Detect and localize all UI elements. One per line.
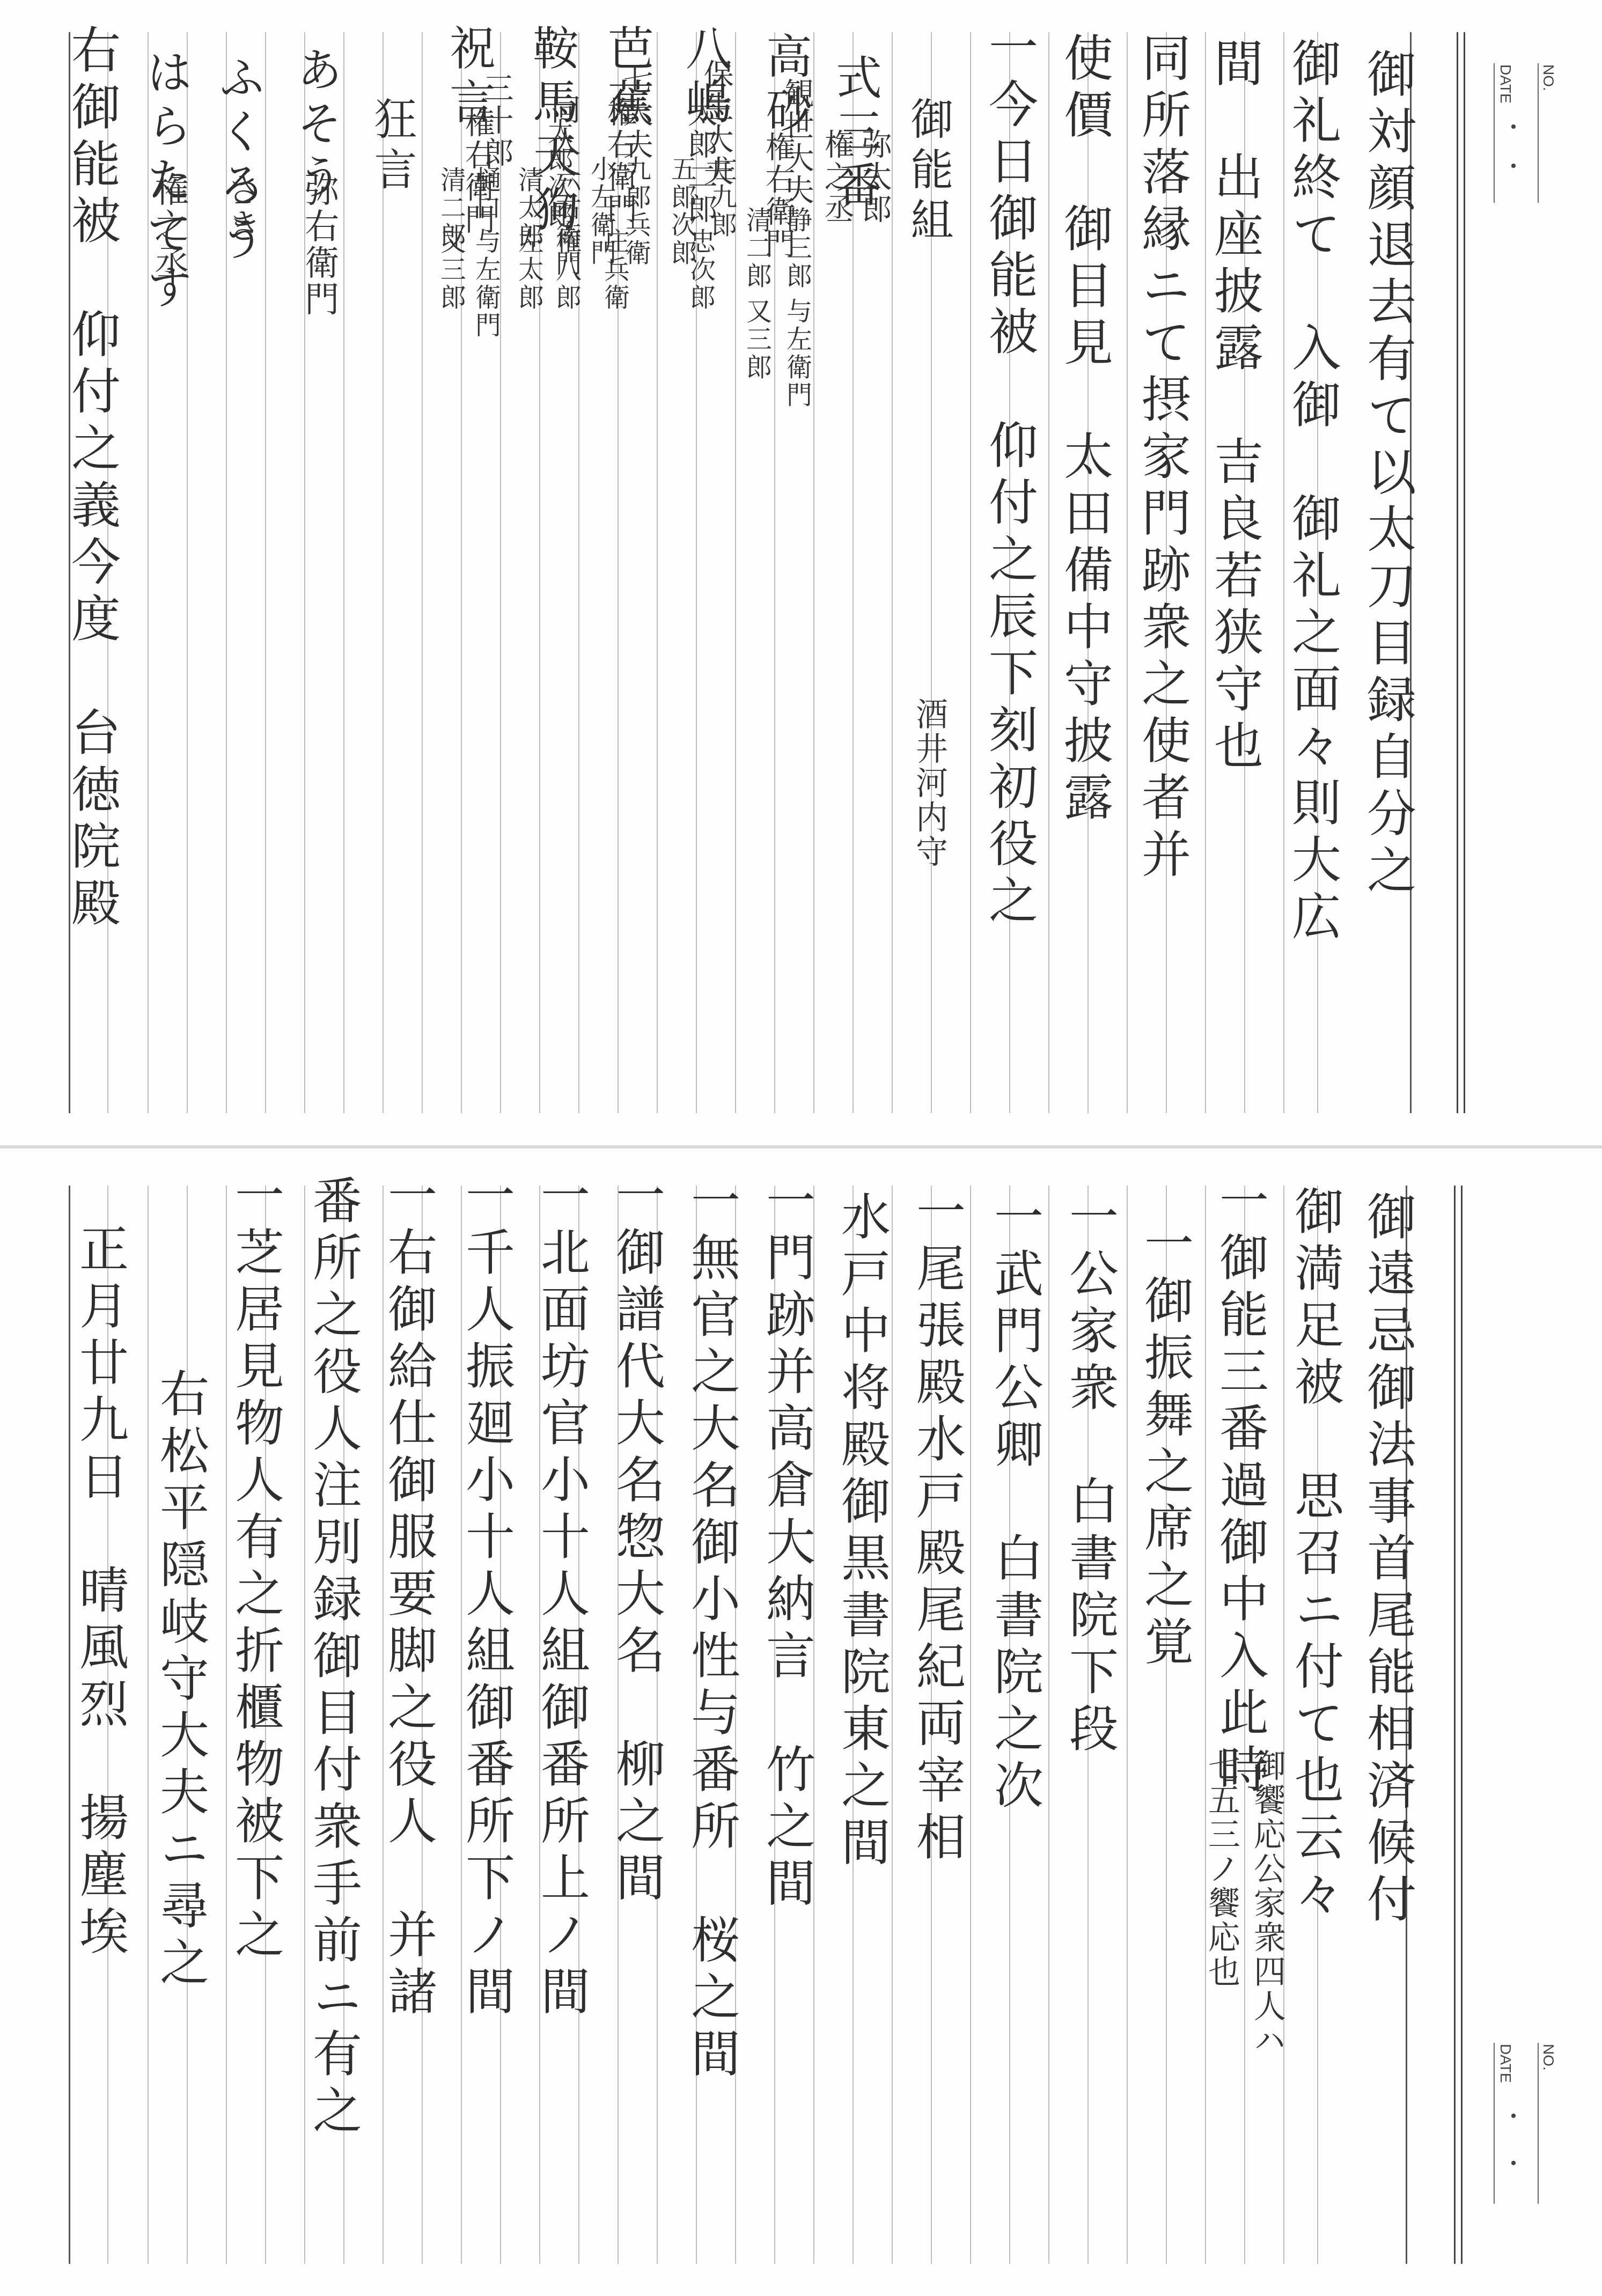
- ruled-line: [265, 32, 266, 1113]
- text-line: 使價 御目見 太田備中守披露: [1060, 32, 1109, 828]
- ruled-line: [343, 32, 344, 1113]
- text-line: 御礼終て 入御 御礼之面々則大広: [1288, 38, 1337, 947]
- noh-program-heading: 御能組: [907, 97, 950, 248]
- text-line: 一公家衆 白書院下段: [1065, 1191, 1114, 1760]
- date-field-line[interactable]: [1494, 63, 1495, 203]
- performer: 又三郎: [743, 298, 770, 381]
- text-line: 御対顔退去有て以太刀目録自分之: [1363, 48, 1412, 901]
- text-line: 水戸中将殿御黒書院東之間: [837, 1191, 886, 1873]
- performer: 清二郎: [743, 207, 770, 290]
- notebook-page-bottom: NO. DATE 御遠忌御法事首尾能相済候付 御満足被 思召ニ付て也云々 一御能…: [0, 1153, 1602, 2296]
- date-label: DATE: [1497, 2044, 1514, 2083]
- no-field-line[interactable]: [1538, 2043, 1539, 2204]
- date-label: DATE: [1497, 64, 1514, 104]
- text-line: 一無官之大名御小性与番所 桜之間: [687, 1175, 736, 2085]
- performer: さき: [223, 172, 259, 245]
- date-line: 正月廿九日 晴風烈 揚塵埃: [75, 1223, 124, 1962]
- text-line: 一門跡并高倉大納言 竹之間: [762, 1175, 811, 1914]
- date-separator-dot: [1511, 164, 1516, 168]
- margin-rule: [69, 1186, 70, 2264]
- date-separator-dot: [1511, 2161, 1516, 2165]
- binding-double-rule: [1454, 1186, 1463, 2264]
- ruled-line: [1127, 1186, 1128, 2264]
- text-line: 右松平隠岐守大夫ニ尋之: [156, 1368, 205, 1993]
- ruled-line: [1283, 1186, 1284, 2264]
- performer: 弥太郎: [858, 129, 890, 225]
- date-separator-dot: [1511, 2114, 1516, 2118]
- performer: 権之丞: [821, 129, 853, 225]
- text-line: 一尾張殿水戸殿尾紀両宰相: [912, 1186, 961, 1868]
- text-line: 番所之役人注別録御目付衆手前ニ有之: [308, 1175, 358, 2142]
- text-line: 一御能三番過御中入此時: [1215, 1175, 1265, 1800]
- performer: 権之丞: [150, 172, 186, 281]
- text-line: 一右御給仕御服要脚之役人 并諸: [384, 1169, 433, 2022]
- performer: 弥右衛門: [300, 172, 336, 318]
- no-label: NO.: [1540, 2044, 1557, 2071]
- notebook-page-top: NO. DATE 御対顔退去有て以太刀目録自分之 御礼終て 入御 御礼之面々則大…: [0, 0, 1602, 1149]
- kyogen-heading: 狂言: [370, 97, 413, 197]
- ruled-line: [892, 1186, 893, 2264]
- no-field-line[interactable]: [1538, 63, 1539, 203]
- annotation-nakairi: 御饗応公家衆四人ハ: [1250, 1749, 1284, 2058]
- ruled-line: [970, 32, 971, 1113]
- annotation-nakairi: 七五三ノ饗応也: [1204, 1749, 1238, 1989]
- ruled-line: [1048, 32, 1049, 1113]
- date-field-line[interactable]: [1494, 2043, 1495, 2204]
- performer: 静三郎: [783, 207, 810, 290]
- performer: 庄九郎: [708, 156, 735, 239]
- performer: 樋口: [472, 166, 499, 222]
- text-line: 右御能被 仰付之義今度 台徳院殿: [67, 24, 116, 934]
- ruled-line: [970, 1186, 971, 2264]
- text-line: 御遠忌御法事首尾能相済候付: [1363, 1191, 1412, 1930]
- ruled-line: [1048, 1186, 1049, 2264]
- text-line: 間 出座披露 吉良若狭守也: [1210, 38, 1259, 777]
- performer: 与左衛門: [783, 298, 810, 409]
- annotation-sakai: 酒井河内守: [912, 697, 946, 869]
- text-line: 御満足被 思召ニ付て也云々: [1290, 1186, 1340, 1925]
- ruled-line: [422, 32, 423, 1113]
- ruled-line: [148, 1186, 149, 2264]
- text-line: 同所落縁ニて摂家門跡衆之使者并: [1137, 32, 1187, 885]
- ruled-line: [657, 32, 658, 1113]
- text-line: 一芝居見物人有之折櫃物被下之: [231, 1169, 280, 1966]
- text-line: 一武門公卿 白書院之次: [990, 1191, 1039, 1816]
- text-line: 一今日御能被 仰付之辰下刻初役之: [984, 21, 1034, 931]
- performer: 与左衛門: [472, 228, 499, 340]
- ruled-line: [1127, 32, 1128, 1113]
- date-separator-dot: [1511, 124, 1516, 129]
- ruled-line: [1205, 1186, 1206, 2264]
- performer: 左太郎: [515, 228, 542, 312]
- text-line: 一御振舞之席之覚: [1140, 1218, 1189, 1673]
- text-line: 一千人振廻小十人組御番所下ノ間: [461, 1169, 511, 2022]
- text-line: 一御譜代大名惣大名 柳之間: [612, 1169, 661, 1909]
- binding-double-rule: [1457, 32, 1465, 1113]
- performer: 忠次郎: [687, 228, 714, 312]
- performer: 庄兵衛: [601, 228, 628, 312]
- text-line: 一北面坊官小十人組御番所上ノ間: [537, 1169, 586, 2022]
- performer: 又三郎: [437, 228, 464, 312]
- no-label: NO.: [1540, 64, 1557, 91]
- performer: 権八郎: [553, 228, 579, 312]
